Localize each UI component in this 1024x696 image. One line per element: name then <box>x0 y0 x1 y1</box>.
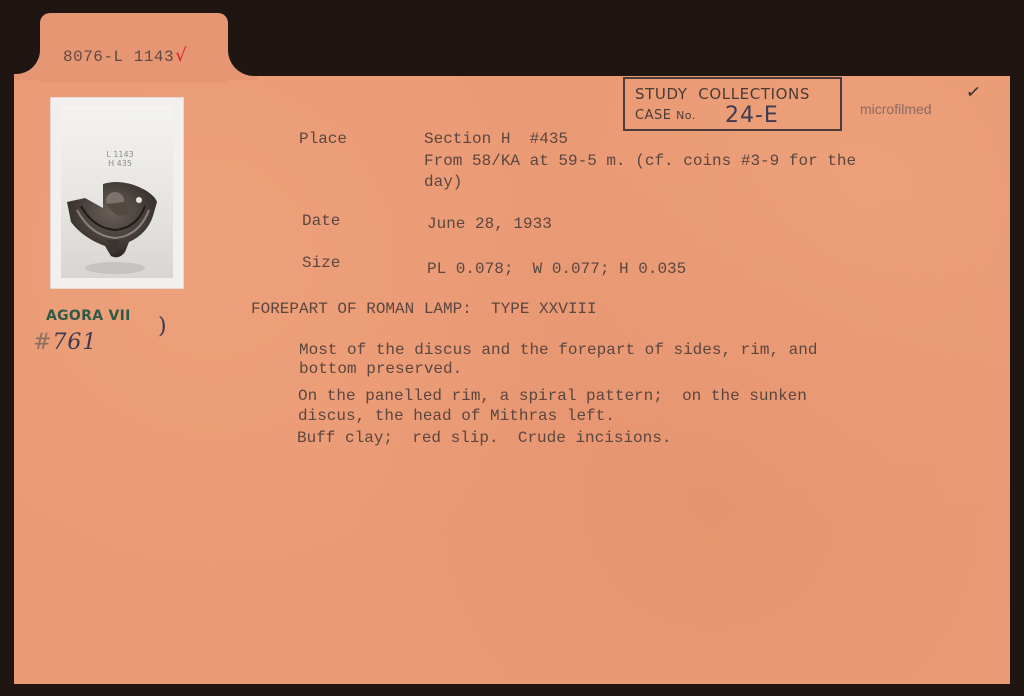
publication-reference: AGORA VII <box>46 308 131 324</box>
object-title: FOREPART OF ROMAN LAMP: TYPE XXVIII <box>251 300 597 319</box>
stamp-case-word: CASE <box>635 108 671 123</box>
check-icon: ✓ <box>965 81 983 104</box>
size-value: PL 0.078; W 0.077; H 0.035 <box>427 260 686 279</box>
photo-label-line2: H 435 <box>95 159 145 168</box>
place-line2: From 58/KA at 59-5 m. (cf. coins #3-9 fo… <box>424 152 856 171</box>
date-value: June 28, 1933 <box>427 215 552 234</box>
red-check-icon: √ <box>175 45 187 66</box>
publication-bracket: ) <box>158 314 167 339</box>
stamp-no-word: No. <box>676 109 696 122</box>
place-line3: day) <box>424 173 462 192</box>
case-number: 24-E <box>725 103 779 128</box>
tab-curve-left <box>14 50 44 80</box>
description-line2: bottom preserved. <box>299 360 462 379</box>
date-label: Date <box>302 212 340 231</box>
photo-background: L 1143 H 435 <box>61 106 173 278</box>
tab-curve-right <box>222 40 258 80</box>
place-line1: Section H #435 <box>424 130 568 149</box>
catalog-number-value: 761 <box>52 330 97 355</box>
photo-inventory-label: L 1143 H 435 <box>95 150 145 168</box>
lamp-photo: L 1143 H 435 <box>51 98 183 288</box>
size-label: Size <box>302 254 340 273</box>
description-line4: discus, the head of Mithras left. <box>298 407 615 426</box>
microfilmed-stamp: microfilmed <box>860 101 932 117</box>
description-line3: On the panelled rim, a spiral pattern; o… <box>298 387 807 406</box>
inventory-number: 8076-L 1143 <box>63 48 174 66</box>
catalog-number: #761 <box>33 330 97 355</box>
stamp-title: STUDY COLLECTIONS <box>635 85 810 103</box>
photo-label-line1: L 1143 <box>95 150 145 159</box>
place-label: Place <box>299 130 347 149</box>
tab-inventory-label: 8076-L 1143√ <box>63 45 187 66</box>
study-collections-stamp: STUDY COLLECTIONS CASE No. 24-E <box>623 77 842 131</box>
lamp-fragment-image <box>63 176 163 276</box>
catalog-hash: # <box>33 330 52 355</box>
description-line5: Buff clay; red slip. Crude incisions. <box>297 429 671 448</box>
stamp-case-label: CASE No. <box>635 108 696 123</box>
description-line1: Most of the discus and the forepart of s… <box>299 341 817 360</box>
